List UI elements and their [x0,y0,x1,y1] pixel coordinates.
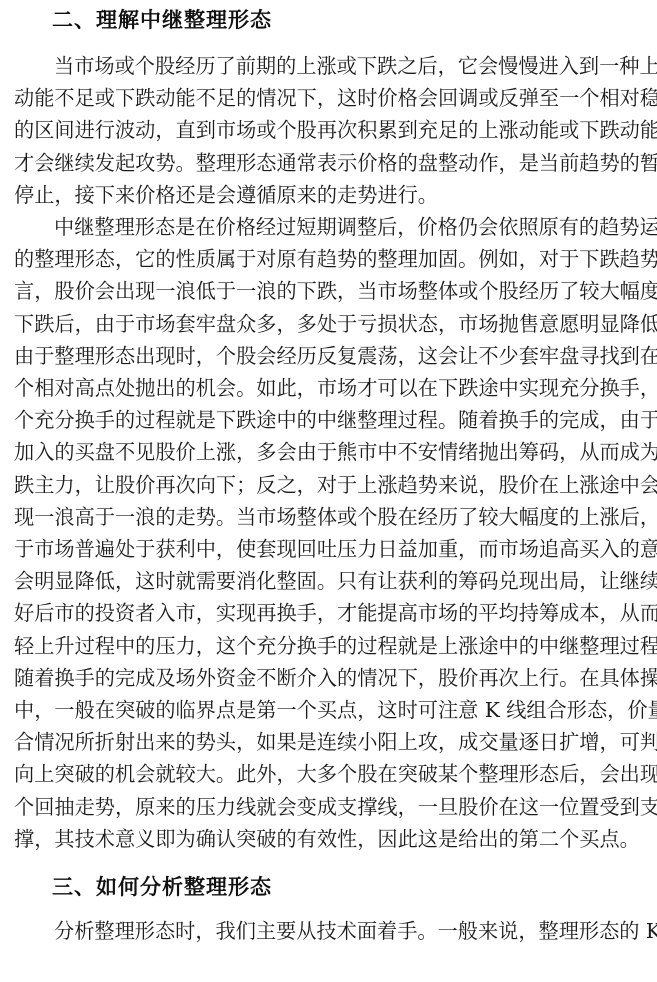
text-line: 的整理形态，它的性质属于对原有趋势的整理加固。例如，对于下跌趋势而 [14,243,644,275]
text-line: 向上突破的机会就较大。此外，大多个股在突破某个整理形态后，会出现一 [14,758,644,790]
text-line: 随着换手的完成及场外资金不断介入的情况下，股价再次上行。在具体操作 [14,662,644,694]
text-line: 分析整理形态时，我们主要从技术面着手。一般来说，整理形态的 K 线 [14,915,644,947]
text-line: 于市场普遍处于获利中，使套现回吐压力日益加重，而市场追高买入的意愿 [14,533,644,565]
paragraph: 分析整理形态时，我们主要从技术面着手。一般来说，整理形态的 K 线 [14,915,644,947]
text-line: 个回抽走势，原来的压力线就会变成支撑线，一旦股价在这一位置受到支 [14,791,644,823]
paragraph: 当市场或个股经历了前期的上涨或下跌之后，它会慢慢进入到一种上涨 动能不足或下跌动… [14,50,644,211]
section-heading: 二、理解中继整理形态 [52,4,644,36]
text-line: 会明显降低，这时就需要消化整固。只有让获利的筹码兑现出局，让继续看 [14,565,644,597]
paragraph: 中继整理形态是在价格经过短期调整后，价格仍会依照原有的趋势运行 的整理形态，它的… [14,211,644,855]
text-line: 好后市的投资者入市，实现再换手，才能提高市场的平均持筹成本，从而减 [14,597,644,629]
text-line: 加入的买盘不见股价上涨，多会由于熊市中不安情绪抛出筹码，从而成为杀 [14,436,644,468]
text-line: 才会继续发起攻势。整理形态通常表示价格的盘整动作，是当前趋势的暂时 [14,147,644,179]
text-line: 中，一般在突破的临界点是第一个买点，这时可注意 K 线组合形态，价量配 [14,694,644,726]
text-line: 动能不足或下跌动能不足的情况下，这时价格会回调或反弹至一个相对稳定 [14,82,644,114]
text-line: 言，股价会出现一浪低于一浪的下跌，当市场整体或个股经历了较大幅度的 [14,275,644,307]
text-line: 跌主力，让股价再次向下；反之，对于上涨趋势来说，股价在上涨途中会出 [14,469,644,501]
text-line: 的区间进行波动，直到市场或个股再次积累到充足的上涨动能或下跌动能， [14,114,644,146]
text-line: 中继整理形态是在价格经过短期调整后，价格仍会依照原有的趋势运行 [14,211,644,243]
document-page: 二、理解中继整理形态 当市场或个股经历了前期的上涨或下跌之后，它会慢慢进入到一种… [14,0,644,947]
text-line: 合情况所折射出来的势头，如果是连续小阳上攻，成交量逐日扩增，可判断 [14,726,644,758]
text-line: 停止，接下来价格还是会遵循原来的走势进行。 [14,179,644,211]
text-line: 由于整理形态出现时，个股会经历反复震荡，这会让不少套牢盘寻找到在一 [14,340,644,372]
text-line: 个相对高点处抛出的机会。如此，市场才可以在下跌途中实现充分换手，这 [14,372,644,404]
text-line: 个充分换手的过程就是下跌途中的中继整理过程。随着换手的完成，由于新 [14,404,644,436]
text-line: 撑，其技术意义即为确认突破的有效性，因此这是给出的第二个买点。 [14,823,644,855]
section-heading: 三、如何分析整理形态 [52,871,644,903]
text-line: 下跌后，由于市场套牢盘众多，多处于亏损状态，市场抛售意愿明显降低， [14,308,644,340]
text-line: 当市场或个股经历了前期的上涨或下跌之后，它会慢慢进入到一种上涨 [14,50,644,82]
text-line: 现一浪高于一浪的走势。当市场整体或个股在经历了较大幅度的上涨后，由 [14,501,644,533]
text-line: 轻上升过程中的压力，这个充分换手的过程就是上涨途中的中继整理过程， [14,630,644,662]
